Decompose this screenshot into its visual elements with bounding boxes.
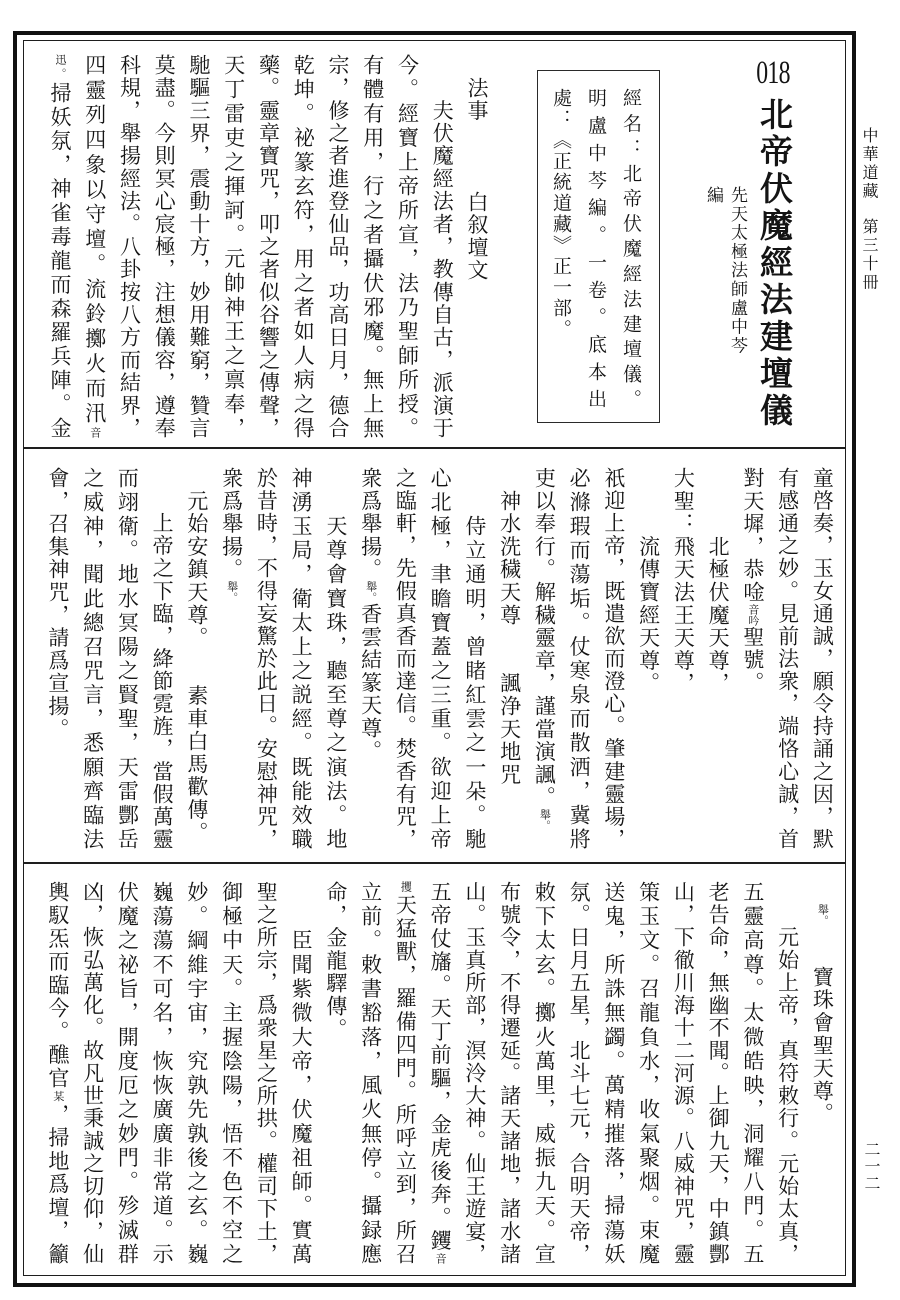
text-run: 送鬼，所誅無蠲。萬精摧落，掃蕩妖 — [602, 881, 626, 1264]
text-column: 神湧玉局，衛太上之説經。既能效職 — [283, 467, 318, 849]
text-run: 對天墀，恭唫 — [741, 467, 765, 604]
text-run: 祇迎上帝，既遣欲而澄心。肇建靈場， — [602, 467, 626, 849]
text-run: 香雲結篆天尊。 — [359, 603, 383, 763]
text-run: 大聖：飛天法王天尊， — [671, 467, 695, 695]
deity-name-column: 元始安鎮天尊。 素車白馬歡傳。 — [179, 467, 214, 849]
text-run: 莫盡。今則冥心宸極，注想儀容，遵奉 — [152, 54, 176, 438]
text-run: 會，召集神咒，請爲宣揚。 — [46, 467, 70, 741]
text-run: 藥。靈章寶咒，叩之者似谷響之傳聲， — [257, 54, 281, 438]
text-column: 而翊衛。地水冥陽之賢聖，天雷酆岳 — [110, 467, 145, 849]
text-run: 神湧玉局，衛太上之説經。既能效職 — [289, 467, 313, 849]
text-column: 上帝之下臨，絳節霓旌，當假萬靈 — [144, 467, 179, 849]
text-column: 乾坤。祕篆玄符，用之者如人病之得 — [286, 54, 321, 438]
text-run: 臣聞紫微大帝，伏魔祖師。實萬 — [289, 881, 313, 1264]
text-run: 童啓奏，玉女通誠，願令持誦之因，默 — [810, 467, 834, 849]
text-run: 上帝之下臨，絳節霓旌，當假萬靈 — [150, 467, 174, 849]
text-column: 巍蕩蕩不可名，恢恢廣廣非常道。示 — [144, 881, 179, 1264]
text-column: 天丁雷吏之揮訶。元帥神王之禀奉， — [216, 54, 251, 438]
text-run: 衆爲舉揚。 — [359, 467, 383, 581]
text-run: 寶珠會聖天尊。 — [810, 920, 834, 1125]
text-column: 布號令，不得遷延。諸天諸地，諸水諸 — [492, 881, 527, 1264]
text-run: 馳驅三界，震動十方，妙用難窮，贊言 — [187, 54, 211, 438]
annotation-note: 音吟 — [747, 604, 760, 626]
text-run: 乾坤。祕篆玄符，用之者如人病之得 — [291, 54, 315, 438]
annotation-note: 舉。 — [538, 809, 551, 831]
text-column: 御極中天。主握陰陽，悟不色不空之 — [214, 881, 249, 1264]
text-author: 先天太極法師盧中芩編 — [725, 186, 749, 366]
text-column: 心北極，聿瞻寶蓋之三重。欲迎上帝 — [422, 467, 457, 849]
text-column: 必滌瑕而蕩垢。仗寒泉而散洒，冀將 — [561, 467, 596, 849]
text-run: 四靈列四象以守壇。流鈴擲火而汛 — [83, 54, 107, 427]
text-column: 莫盡。今則冥心宸極，注想儀容，遵奉 — [147, 54, 182, 438]
text-column: 元始上帝，真符敕行。元始太真， — [770, 881, 805, 1264]
text-column: 迅。掃妖氛，神雀毒龍而森羅兵陣。金 — [42, 54, 77, 438]
text-column: 對天墀，恭唫音吟聖號。 — [735, 467, 770, 849]
text-run: 策玉文。召龍負水，收氣聚烟。束魔 — [637, 881, 661, 1264]
text-run: 五帝仗旛。天丁前驅，金虎後奔。钁 — [428, 881, 452, 1253]
text-run: 山。玉真所部，溟泠大神。仙王遊宴， — [463, 881, 487, 1264]
text-run: 侍立通明，曾睹紅雲之一朵。馳 — [463, 467, 487, 849]
text-column: 天尊會寶珠，聽至尊之演法。地 — [318, 467, 353, 849]
annotation-note: 音 — [89, 427, 102, 438]
text-column: 之威神，聞此總召咒言，悉願齊臨法 — [75, 467, 110, 849]
text-column: 聖之所宗，爲衆星之所拱。權司下土， — [249, 881, 284, 1264]
text-run: 之威神，聞此總召咒言，悉願齊臨法 — [81, 467, 105, 849]
text-run: 掃妖氛，神雀毒龍而森羅兵陣。金 — [48, 82, 72, 438]
annotation-note: 音 — [434, 1253, 447, 1264]
text-run: 天丁雷吏之揮訶。元帥神王之禀奉， — [222, 54, 246, 438]
text-column: 馳驅三界，震動十方，妙用難窮，贊言 — [181, 54, 216, 438]
text-run: 御極中天。主握陰陽，悟不色不空之 — [220, 881, 244, 1264]
text-run: 天尊會寶珠，聽至尊之演法。地 — [324, 467, 348, 849]
text-column: 立前。敕書豁落，風火無停。攝録應 — [353, 881, 388, 1264]
deity-name-column: 北極伏魔天尊， — [700, 467, 735, 849]
text-column: 有體有用，行之者攝伏邪魔。無上無 — [355, 54, 390, 438]
text-run: 必滌瑕而蕩垢。仗寒泉而散洒，冀將 — [567, 467, 591, 849]
annotation-note: 舉。 — [365, 581, 378, 603]
text-columns: 童啓奏，玉女通誠，願令持誦之因，默 有感通之妙。見前法衆，端恪心誠，首 對天墀，… — [40, 467, 839, 849]
source-info-column: 處：《正統道藏》正一部。 — [543, 88, 578, 408]
section-heading-column: 法事 白叙壇文 — [459, 54, 494, 438]
text-column: 於昔時，不得妄驚於此日。安慰神咒， — [249, 467, 284, 849]
text-run: 法事 白叙壇文 — [465, 54, 489, 282]
text-run: 輿馭炁而臨今。醮官 — [46, 881, 70, 1090]
register-top: 018 北帝伏魔經法建壇儀 先天太極法師盧中芩編 經名：北帝伏魔經法建壇儀。 明… — [0, 0, 900, 448]
text-run: 氛。日月五星，北斗七元，合明天帝， — [567, 881, 591, 1264]
text-column: 攫天猛獸，羅備四門。所呼立到，所召 — [388, 881, 423, 1264]
text-run: 命，金龍驛傳。 — [324, 881, 348, 1041]
text-column: 五帝仗旛。天丁前驅，金虎後奔。钁音 — [422, 881, 457, 1264]
text-run: 夫伏魔經法者，教傳自古，派演于 — [430, 54, 454, 438]
text-run: 敕下太玄。擲火萬里，威振九天。宣 — [532, 881, 556, 1264]
text-column: 伏魔之祕旨，開度厄之妙門。殄滅群 — [110, 881, 145, 1264]
text-column: 四靈列四象以守壇。流鈴擲火而汛音 — [77, 54, 112, 438]
source-info-column: 明盧中芩編。一卷。底本出 — [578, 88, 613, 408]
text-column: 會，召集神咒，請爲宣揚。 — [40, 467, 75, 849]
text-run: 流傳寶經天尊。 — [637, 467, 661, 695]
text-run: 元始安鎮天尊。 素車白馬歡傳。 — [185, 467, 209, 844]
text-column: 策玉文。召龍負水，收氣聚烟。束魔 — [631, 881, 666, 1264]
text-column: 科規，舉揚經法。八卦按八方而結界， — [112, 54, 147, 438]
text-column: 吏以奉行。解穢靈章，謹當演諷。舉。 — [527, 467, 562, 849]
text-title: 北帝伏魔經法建壇儀 — [753, 97, 795, 432]
text-run: 老告命，無幽不聞。上御九天，中鎮酆 — [706, 881, 730, 1264]
text-run: 心北極，聿瞻寶蓋之三重。欲迎上帝 — [428, 467, 452, 849]
text-run — [810, 881, 834, 904]
text-run: 宗，修之者進登仙品，功高日月，德合 — [326, 54, 350, 438]
text-run: 山，下徹川海十二河源。八威神咒，靈 — [671, 881, 695, 1264]
text-run: 而翊衛。地水冥陽之賢聖，天雷酆岳 — [115, 467, 139, 849]
text-run: 科規，舉揚經法。八卦按八方而結界， — [118, 54, 142, 438]
text-column: 有感通之妙。見前法衆，端恪心誠，首 — [770, 467, 805, 849]
text-columns: 法事 白叙壇文 夫伏魔經法者，教傳自古，派演于 今。經寶上帝所宣，法乃聖師所授。… — [42, 54, 494, 438]
text-column: 五靈高尊。太微皓映，洞耀八門。五 — [735, 881, 770, 1264]
text-run: 聖之所宗，爲衆星之所拱。權司下土， — [254, 881, 278, 1264]
text-column: 山，下徹川海十二河源。八威神咒，靈 — [666, 881, 701, 1264]
deity-name-column: 舉。 寶珠會聖天尊。 — [805, 881, 840, 1264]
text-run: 立前。敕書豁落，風火無停。攝録應 — [359, 881, 383, 1264]
text-column: 老告命，無幽不聞。上御九天，中鎮酆 — [700, 881, 735, 1264]
text-run: 北極伏魔天尊， — [706, 467, 730, 695]
text-column: 命，金龍驛傳。 — [318, 881, 353, 1264]
text-column: 夫伏魔經法者，教傳自古，派演于 — [425, 54, 460, 438]
text-run: 聖號。 — [741, 626, 765, 694]
text-column: 藥。靈章寶咒，叩之者似谷響之傳聲， — [251, 54, 286, 438]
text-column: 侍立通明，曾睹紅雲之一朵。馳 — [457, 467, 492, 849]
source-info-column: 經名：北帝伏魔經法建壇儀。 — [613, 88, 648, 408]
text-run: 神水洗穢天尊 諷浄天地咒 — [498, 467, 522, 786]
text-run: 元始上帝，真符敕行。元始太真， — [776, 881, 800, 1264]
text-run: 之臨軒，先假真香而達信。焚香有咒， — [393, 467, 417, 849]
text-column: 之臨軒，先假真香而達信。焚香有咒， — [388, 467, 423, 849]
text-column: 敕下太玄。擲火萬里，威振九天。宣 — [527, 881, 562, 1264]
text-run: 有體有用，行之者攝伏邪魔。無上無 — [361, 54, 385, 438]
deity-name-column: 大聖：飛天法王天尊， — [666, 467, 701, 849]
text-run: ，掃地爲壇，籲 — [46, 1104, 70, 1265]
text-columns: 舉。 寶珠會聖天尊。 元始上帝，真符敕行。元始太真， 五靈高尊。太微皓映，洞耀八… — [40, 881, 839, 1264]
text-run: 妙。綱維宇宙，究孰先孰後之玄。巍 — [185, 881, 209, 1264]
text-run: 有感通之妙。見前法衆，端恪心誠，首 — [776, 467, 800, 849]
text-column: 臣聞紫微大帝，伏魔祖師。實萬 — [283, 881, 318, 1264]
text-run: 巍蕩蕩不可名，恢恢廣廣非常道。示 — [150, 881, 174, 1264]
text-run: 天猛獸，羅備四門。所呼立到，所召 — [393, 894, 417, 1264]
text-number: 018 — [755, 56, 791, 90]
annotation-note: 某 — [52, 1090, 65, 1103]
deity-name-column: 流傳寶經天尊。 — [631, 467, 666, 849]
annotation-note: 攫 — [399, 881, 412, 894]
text-run: 衆爲舉揚。 — [220, 467, 244, 581]
text-column: 山。玉真所部，溟泠大神。仙王遊宴， — [457, 881, 492, 1264]
source-info-box: 經名：北帝伏魔經法建壇儀。 明盧中芩編。一卷。底本出 處：《正統道藏》正一部。 — [537, 70, 660, 423]
annotation-note: 迅。 — [54, 54, 67, 82]
deity-name-column: 神水洗穢天尊 諷浄天地咒 — [492, 467, 527, 849]
text-column: 送鬼，所誅無蠲。萬精摧落，掃蕩妖 — [596, 881, 631, 1264]
annotation-note: 舉。 — [226, 581, 239, 603]
text-column: 今。經寶上帝所宣，法乃聖師所授。 — [390, 54, 425, 438]
text-run: 吏以奉行。解穢靈章，謹當演諷。 — [532, 467, 556, 809]
text-column: 衆爲舉揚。舉。 — [214, 467, 249, 849]
text-run: 凶，恢弘萬化。故凡世秉誠之切仰，仙 — [81, 881, 105, 1264]
text-column: 祇迎上帝，既遣欲而澄心。肇建靈場， — [596, 467, 631, 849]
register-bottom: 舉。 寶珠會聖天尊。 元始上帝，真符敕行。元始太真， 五靈高尊。太微皓映，洞耀八… — [0, 862, 900, 1276]
text-column: 妙。綱維宇宙，究孰先孰後之玄。巍 — [179, 881, 214, 1264]
text-column: 氛。日月五星，北斗七元，合明天帝， — [561, 881, 596, 1264]
text-column: 童啓奏，玉女通誠，願令持誦之因，默 — [805, 467, 840, 849]
text-column: 衆爲舉揚。舉。香雲結篆天尊。 — [353, 467, 388, 849]
text-column: 凶，恢弘萬化。故凡世秉誠之切仰，仙 — [75, 881, 110, 1264]
text-run: 五靈高尊。太微皓映，洞耀八門。五 — [741, 881, 765, 1264]
text-run: 於昔時，不得妄驚於此日。安慰神咒， — [254, 467, 278, 849]
register-middle: 童啓奏，玉女通誠，願令持誦之因，默 有感通之妙。見前法衆，端恪心誠，首 對天墀，… — [0, 448, 900, 862]
text-run: 今。經寶上帝所宣，法乃聖師所授。 — [396, 54, 420, 438]
text-run: 布號令，不得遷延。諸天諸地，諸水諸 — [498, 881, 522, 1264]
text-column: 輿馭炁而臨今。醮官某，掃地爲壇，籲 — [40, 881, 75, 1264]
annotation-note: 舉。 — [816, 904, 829, 921]
text-column: 宗，修之者進登仙品，功高日月，德合 — [320, 54, 355, 438]
text-run: 伏魔之祕旨，開度厄之妙門。殄滅群 — [115, 881, 139, 1264]
